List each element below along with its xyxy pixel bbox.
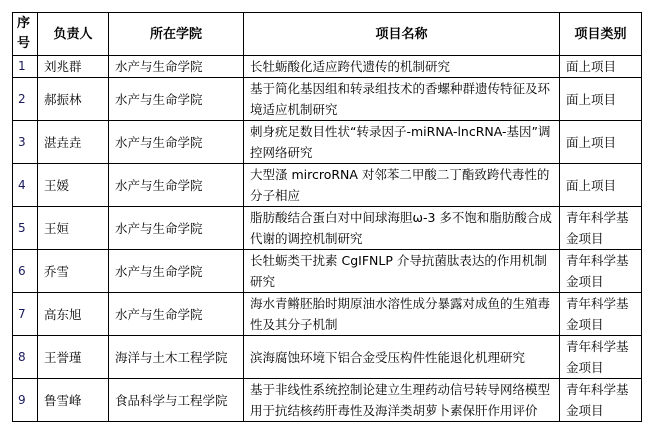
cell-college: 水产与生命学院	[109, 293, 244, 336]
header-seq: 序号	[13, 13, 38, 56]
cell-seq: 7	[13, 293, 38, 336]
cell-title: 脂肪酸结合蛋白对中间球海胆ω-3 多不饱和脂肪酸合成代谢的调控机制研究	[244, 207, 560, 250]
cell-college: 水产与生命学院	[109, 250, 244, 293]
header-title: 项目名称	[244, 13, 560, 56]
cell-seq: 8	[13, 336, 38, 379]
table-row: 3 湛垚垚 水产与生命学院 刺身疣足数目性状“转录因子-miRNA-lncRNA…	[13, 121, 642, 164]
cell-title: 大型溞 mircroRNA 对邻苯二甲酸二丁酯致跨代毒性的分子相应	[244, 164, 560, 207]
cell-person: 乔雪	[38, 250, 109, 293]
cell-title: 滨海腐蚀环境下铝合金受压构件性能退化机理研究	[244, 336, 560, 379]
table-row: 7 高东旭 水产与生命学院 海水青鳉胚胎时期原油水溶性成分暴露对成鱼的生殖毒性及…	[13, 293, 642, 336]
table-row: 2 郝振林 水产与生命学院 基于简化基因组和转录组技术的香螺种群遗传特征及环境适…	[13, 78, 642, 121]
cell-seq: 2	[13, 78, 38, 121]
header-row: 序号 负责人 所在学院 项目名称 项目类别	[13, 13, 642, 56]
cell-title: 基于非线性系统控制论建立生理药动信号转导网络模型用于抗结核药肝毒性及海洋类胡萝卜…	[244, 379, 560, 422]
table-row: 6 乔雪 水产与生命学院 长牡蛎类干扰素 CgIFNLP 介导抗菌肽表达的作用机…	[13, 250, 642, 293]
cell-college: 水产与生命学院	[109, 121, 244, 164]
table-row: 8 王誉瑾 海洋与土木工程学院 滨海腐蚀环境下铝合金受压构件性能退化机理研究 青…	[13, 336, 642, 379]
cell-person: 刘兆群	[38, 56, 109, 78]
cell-seq: 5	[13, 207, 38, 250]
cell-person: 湛垚垚	[38, 121, 109, 164]
table-row: 5 王姮 水产与生命学院 脂肪酸结合蛋白对中间球海胆ω-3 多不饱和脂肪酸合成代…	[13, 207, 642, 250]
cell-title: 长牡蛎类干扰素 CgIFNLP 介导抗菌肽表达的作用机制研究	[244, 250, 560, 293]
cell-seq: 4	[13, 164, 38, 207]
cell-seq: 9	[13, 379, 38, 422]
cell-person: 王誉瑾	[38, 336, 109, 379]
cell-title: 海水青鳉胚胎时期原油水溶性成分暴露对成鱼的生殖毒性及其分子机制	[244, 293, 560, 336]
projects-table: 序号 负责人 所在学院 项目名称 项目类别 1 刘兆群 水产与生命学院 长牡蛎酸…	[12, 12, 642, 422]
table-row: 1 刘兆群 水产与生命学院 长牡蛎酸化适应跨代遗传的机制研究 面上项目	[13, 56, 642, 78]
cell-title: 基于简化基因组和转录组技术的香螺种群遗传特征及环境适应机制研究	[244, 78, 560, 121]
cell-type: 青年科学基金项目	[560, 207, 642, 250]
cell-type: 面上项目	[560, 121, 642, 164]
table-row: 4 王媛 水产与生命学院 大型溞 mircroRNA 对邻苯二甲酸二丁酯致跨代毒…	[13, 164, 642, 207]
cell-college: 水产与生命学院	[109, 207, 244, 250]
cell-type: 面上项目	[560, 164, 642, 207]
cell-seq: 3	[13, 121, 38, 164]
cell-college: 水产与生命学院	[109, 78, 244, 121]
cell-college: 食品科学与工程学院	[109, 379, 244, 422]
cell-type: 面上项目	[560, 78, 642, 121]
cell-person: 郝振林	[38, 78, 109, 121]
header-type: 项目类别	[560, 13, 642, 56]
cell-seq: 1	[13, 56, 38, 78]
cell-type: 青年科学基金项目	[560, 293, 642, 336]
cell-title: 刺身疣足数目性状“转录因子-miRNA-lncRNA-基因”调控网络研究	[244, 121, 560, 164]
table-row: 9 鲁雪峰 食品科学与工程学院 基于非线性系统控制论建立生理药动信号转导网络模型…	[13, 379, 642, 422]
header-college: 所在学院	[109, 13, 244, 56]
cell-college: 海洋与土木工程学院	[109, 336, 244, 379]
header-person: 负责人	[38, 13, 109, 56]
cell-person: 鲁雪峰	[38, 379, 109, 422]
cell-type: 青年科学基金项目	[560, 379, 642, 422]
cell-title: 长牡蛎酸化适应跨代遗传的机制研究	[244, 56, 560, 78]
cell-person: 王姮	[38, 207, 109, 250]
cell-college: 水产与生命学院	[109, 56, 244, 78]
cell-type: 青年科学基金项目	[560, 336, 642, 379]
cell-type: 青年科学基金项目	[560, 250, 642, 293]
cell-person: 高东旭	[38, 293, 109, 336]
cell-seq: 6	[13, 250, 38, 293]
cell-type: 面上项目	[560, 56, 642, 78]
cell-college: 水产与生命学院	[109, 164, 244, 207]
cell-person: 王媛	[38, 164, 109, 207]
